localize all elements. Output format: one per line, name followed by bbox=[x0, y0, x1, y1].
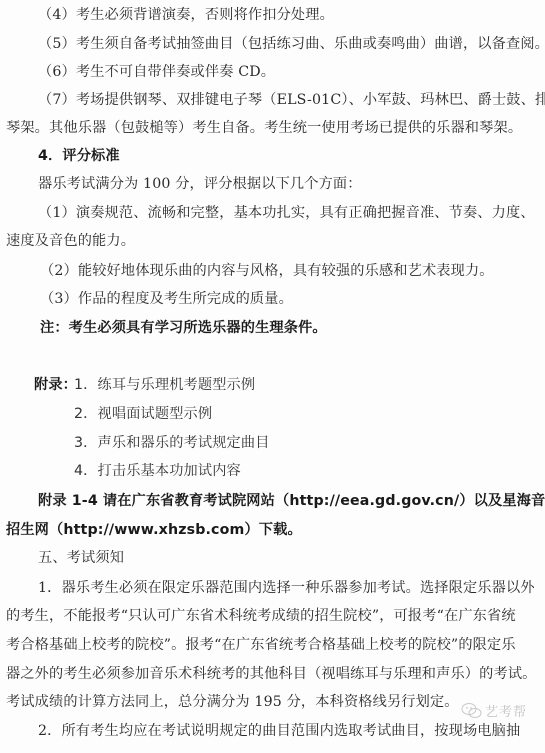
scoring-criterion-1-line1: （1）演奏规范、流畅和完整，基本功扎实，具有正确把握音准、节奏、力度、 bbox=[38, 204, 535, 222]
appendix-item-2: 2．视唱面试题型示例 bbox=[74, 405, 212, 423]
rule-item-7-line2: 琴架。其他乐器（包鼓槌等）考生自备。考生统一使用考场已提供的乐器和琴架。 bbox=[6, 119, 522, 137]
document-page: （4）考生必须背谱演奏，否则将作扣分处理。 （5）考生须自备考试抽签曲目（包括练… bbox=[0, 0, 545, 753]
appendix-label: 附录： bbox=[34, 376, 77, 394]
scoring-criterion-3: （3）作品的程度及考生所完成的质量。 bbox=[40, 290, 293, 308]
notice-1-line4: 器之外的考生必须参加音乐术科统考的其他科目（视唱练耳与乐理和声乐）的考试。 bbox=[6, 665, 537, 683]
notice-1-line3: 考合格基础上校考的院校”。报考“在广东省统考合格基础上校考的院校”的限定乐 bbox=[6, 636, 516, 654]
rule-item-6: （6）考生不可自带伴奏或伴奏 CD。 bbox=[38, 63, 275, 81]
appendix-item-3: 3．声乐和器乐的考试规定曲目 bbox=[74, 434, 270, 452]
rule-item-5: （5）考生须自备考试抽签曲目（包括练习曲、乐曲或奏鸣曲）曲谱，以备查阅。 bbox=[38, 35, 545, 53]
watermark: 艺考帮 bbox=[461, 700, 533, 726]
section-5-heading: 五、考试须知 bbox=[38, 549, 124, 567]
appendix-download-line2: 招生网（http://www.xhzsb.com）下载。 bbox=[6, 521, 302, 539]
notice-1-line2: 的考生，不能报考“只认可广东省术科统考成绩的招生院校”，可报考“在广东省统 bbox=[6, 607, 516, 625]
notice-1-line1: 1．器乐考生必须在限定乐器范围内选择一种乐器参加考试。选择限定乐器以外 bbox=[38, 579, 535, 597]
watermark-text: 艺考帮 bbox=[485, 701, 527, 720]
scoring-criterion-1-line2: 速度及音色的能力。 bbox=[6, 232, 135, 250]
appendix-item-4: 4．打击乐基本功加试内容 bbox=[74, 462, 241, 480]
notice-2-line1: 2．所有考生均应在考试说明规定的曲目范围内选取考试曲目，按现场电脑抽 bbox=[38, 722, 520, 740]
appendix-item-1: 1．练耳与乐理机考题型示例 bbox=[74, 376, 255, 394]
rule-item-4: （4）考生必须背谱演奏，否则将作扣分处理。 bbox=[38, 6, 334, 24]
scoring-note: 注：考生必须具有学习所选乐器的生理条件。 bbox=[40, 319, 327, 337]
wechat-icon bbox=[461, 702, 483, 720]
notice-1-line5: 考试成绩的计算方法同上，总分满分为 195 分，本科资格线另行划定。 bbox=[6, 693, 459, 711]
appendix-download-line1: 附录 1-4 请在广东省教育考试院网站（http://eea.gd.gov.cn… bbox=[38, 492, 545, 510]
rule-item-7-line1: （7）考场提供钢琴、双排键电子琴（ELS-01C）、小军鼓、玛林巴、爵士鼓、排鼓… bbox=[38, 91, 545, 109]
section-4-heading: 4．评分标准 bbox=[38, 147, 120, 165]
scoring-intro: 器乐考试满分为 100 分，评分根据以下几个方面： bbox=[38, 175, 362, 193]
scoring-criterion-2: （2）能较好地体现乐曲的内容与风格，具有较强的乐感和艺术表现力。 bbox=[40, 262, 494, 280]
